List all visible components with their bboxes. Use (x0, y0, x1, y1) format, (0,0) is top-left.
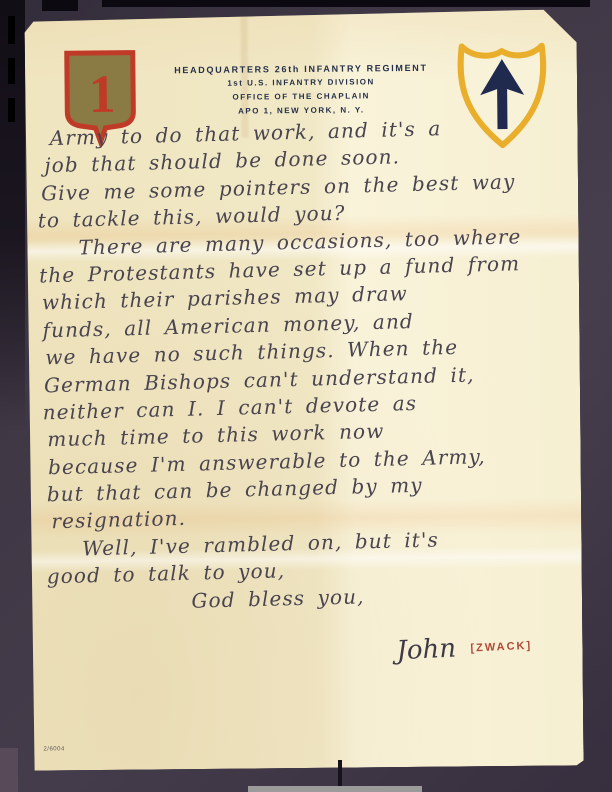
film-notch (8, 98, 15, 122)
signature: John (396, 634, 457, 667)
scan-artifact-top-bar (102, 0, 590, 7)
scan-background: 1 HEADQUARTERS 26th INFANTRY REGIMENT 1s… (0, 0, 612, 792)
scan-artifact-film-strip (0, 0, 25, 430)
film-notch (8, 16, 15, 44)
scan-artifact-top-block (42, 0, 78, 11)
signature-annotation: [ZWACK] (470, 640, 532, 655)
scan-artifact-bottom-bar (248, 786, 422, 792)
film-notch (8, 58, 15, 84)
letter-paper: 1 HEADQUARTERS 26th INFANTRY REGIMENT 1s… (24, 9, 583, 770)
letter-body: Army to do that work, and it's a job tha… (31, 113, 585, 620)
archive-number: 2/6004 (43, 746, 64, 752)
scan-artifact-corner-patch (0, 748, 18, 792)
letterhead: HEADQUARTERS 26th INFANTRY REGIMENT 1st … (25, 59, 578, 120)
